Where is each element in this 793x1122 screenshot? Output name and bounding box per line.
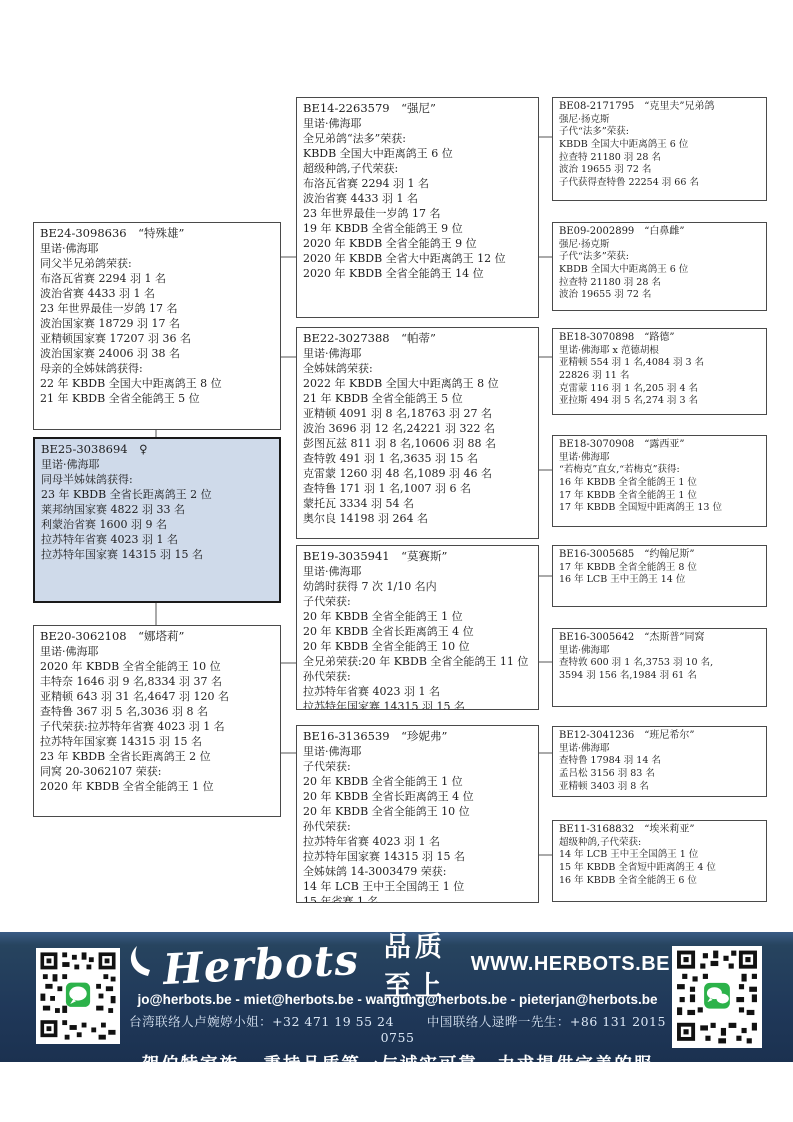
box-lines: 17 年 KBDB 全省全能鸽王 8 位16 年 LCB 王中王鸽王 14 位 xyxy=(559,562,760,587)
box-line: 波治 19655 羽 72 名 xyxy=(559,164,760,177)
box-line: 丰特奈 1646 羽 9 名,8334 羽 37 名 xyxy=(40,674,274,689)
box-title: BE12-3041236 “班尼希尔” xyxy=(559,730,760,743)
box-line: 里诺·佛海耶 xyxy=(40,644,274,659)
box-line: 里诺·佛海耶 xyxy=(40,241,274,256)
pedigree-box-be20-mother: BE20-3062108 “娜塔莉” 里诺·佛海耶2020 年 KBDB 全省全… xyxy=(33,625,281,817)
footer-website: WWW.HERBOTS.BE xyxy=(471,953,670,976)
box-line: 23 年 KBDB 全省长距离鸽王 2 位 xyxy=(40,749,274,764)
footer-contacts: 台湾联络人卢婉婷小姐：+32 471 19 55 24 中国联络人逯晔一先生：+… xyxy=(125,1012,670,1045)
box-line: 莱邦纳国家赛 4822 羽 33 名 xyxy=(41,502,273,517)
pedigree-box-be24-father: BE24-3098636 “特殊雄” 里诺·佛海耶同父半兄弟鸽荣获:布洛瓦省赛 … xyxy=(33,222,281,430)
box-line: 彭图瓦兹 811 羽 8 名,10606 羽 88 名 xyxy=(303,436,532,451)
box-line: 波治省赛 4433 羽 1 名 xyxy=(40,286,274,301)
box-line: 23 年世界最佳一岁鸽 17 名 xyxy=(40,301,274,316)
box-lines: 强尼·扬克斯子代“法多”荣获:KBDB 全国大中距离鸽王 6 位拉查特 2118… xyxy=(559,239,760,302)
box-lines: 强尼·扬克斯子代“法多”荣获:KBDB 全国大中距离鸽王 6 位拉查特 2118… xyxy=(559,114,760,190)
pedigree-box-be18-lucia: BE18-3070908 “露西亚” 里诺·佛海耶“若梅克”直女,“若梅克”获得… xyxy=(552,435,767,527)
box-line: 同窝 20-3062107 荣获: xyxy=(40,764,274,779)
box-line: 14 年 LCB 王中王全国鸽王 1 位 xyxy=(559,849,760,862)
box-line: KBDB 全国大中距离鸽王 6 位 xyxy=(303,146,532,161)
box-line: 2020 年 KBDB 全省大中距离鸽王 12 位 xyxy=(303,251,532,266)
box-lines: 里诺·佛海耶全兄弟鸽“法多”荣获:KBDB 全国大中距离鸽王 6 位超级种鸽,子… xyxy=(303,116,532,281)
box-line: 孙代荣获: xyxy=(303,819,532,834)
box-line: 强尼·扬克斯 xyxy=(559,239,760,252)
box-title: BE18-3070908 “露西亚” xyxy=(559,439,760,452)
box-title: BE08-2171795 “克里夫”兄弟鸽 xyxy=(559,101,760,114)
box-line: 子代“法多”荣获: xyxy=(559,251,760,264)
box-line: 2020 年 KBDB 全省全能鸽王 1 位 xyxy=(40,779,274,794)
box-line: 里诺·佛海耶 xyxy=(303,744,532,759)
box-line: 15 年 KBDB 全省短中距离鸽王 4 位 xyxy=(559,862,760,875)
box-line: 亚拉斯 494 羽 5 名,274 羽 3 名 xyxy=(559,395,760,408)
box-line: 利蒙治省赛 1600 羽 9 名 xyxy=(41,517,273,532)
box-line: 16 年 LCB 王中王鸽王 14 位 xyxy=(559,574,760,587)
box-line: 2020 年 KBDB 全省全能鸽王 10 位 xyxy=(40,659,274,674)
box-line: 16 年 KBDB 全省全能鸽王 6 位 xyxy=(559,875,760,888)
box-line: 拉苏特年省赛 4023 羽 1 名 xyxy=(41,532,273,547)
box-line: 全姊妹鸽荣获: xyxy=(303,361,532,376)
box-line: 查特鲁 171 羽 1 名,1007 羽 6 名 xyxy=(303,481,532,496)
box-line: 拉查特 21180 羽 28 名 xyxy=(559,152,760,165)
box-line: 15 年省赛 1 名 xyxy=(303,894,532,903)
pedigree-box-be16-johannes: BE16-3005685 “约翰尼斯” 17 年 KBDB 全省全能鸽王 8 位… xyxy=(552,545,767,607)
pedigree-box-be25-subject: BE25-3038694 ♀ 里诺·佛海耶同母半姊妹鸽获得:23 年 KBDB … xyxy=(33,437,281,603)
wechat-qr-code xyxy=(672,946,762,1048)
box-line: 强尼·扬克斯 xyxy=(559,114,760,127)
footer-banner: Herbots 品质至上 WWW.HERBOTS.BE jo@herbots.b… xyxy=(0,932,793,1062)
box-line: 2020 年 KBDB 全省全能鸽王 14 位 xyxy=(303,266,532,281)
box-line: 里诺·佛海耶 xyxy=(303,346,532,361)
box-line: 17 年 KBDB 全国短中距离鸽王 13 位 xyxy=(559,502,760,515)
box-line: 同母半姊妹鸽获得: xyxy=(41,472,273,487)
box-line: 超级种鸽,子代荣获: xyxy=(559,837,760,850)
box-line: 母亲的全姊妹鸽获得: xyxy=(40,361,274,376)
box-line: 21 年 KBDB 全省全能鸽王 5 位 xyxy=(303,391,532,406)
box-line: 里诺·佛海耶 x 范德胡根 xyxy=(559,345,760,358)
box-title: BE16-3005642 “杰斯普”同窝 xyxy=(559,632,760,645)
box-title: BE18-3070898 “路德” xyxy=(559,332,760,345)
box-line: 里诺·佛海耶 xyxy=(559,452,760,465)
box-lines: 里诺·佛海耶 x 范德胡根亚精顿 554 羽 1 名,4084 羽 3 名228… xyxy=(559,345,760,408)
box-line: 全兄弟鸽“法多”荣获: xyxy=(303,131,532,146)
box-line: KBDB 全国大中距离鸽王 6 位 xyxy=(559,264,760,277)
box-title: BE14-2263579 “强尼” xyxy=(303,101,532,116)
box-line: 3594 羽 156 名,1984 羽 61 名 xyxy=(559,670,760,683)
box-lines: 里诺·佛海耶全姊妹鸽荣获:2022 年 KBDB 全国大中距离鸽王 8 位21 … xyxy=(303,346,532,526)
box-line: 波治省赛 4433 羽 1 名 xyxy=(303,191,532,206)
box-line: 14 年 LCB 王中王全国鸽王 1 位 xyxy=(303,879,532,894)
box-lines: 里诺·佛海耶同母半姊妹鸽获得:23 年 KBDB 全省长距离鸽王 2 位莱邦纳国… xyxy=(41,457,273,562)
box-line: 20 年 KBDB 全省全能鸽王 1 位 xyxy=(303,774,532,789)
box-line: 17 年 KBDB 全省全能鸽王 1 位 xyxy=(559,490,760,503)
box-title: BE20-3062108 “娜塔莉” xyxy=(40,629,274,644)
line-qr-code xyxy=(36,948,120,1044)
box-line: 拉苏特年国家赛 14315 羽 15 名 xyxy=(41,547,273,562)
box-lines: 里诺·佛海耶同父半兄弟鸽荣获:布洛瓦省赛 2294 羽 1 名波治省赛 4433… xyxy=(40,241,274,406)
box-line: 16 年 KBDB 全省全能鸽王 1 位 xyxy=(559,477,760,490)
box-line: 布洛瓦省赛 2294 羽 1 名 xyxy=(303,176,532,191)
box-lines: 里诺·佛海耶幼鸽时获得 7 次 1/10 名内子代荣获:20 年 KBDB 全省… xyxy=(303,564,532,710)
box-line: 幼鸽时获得 7 次 1/10 名内 xyxy=(303,579,532,594)
box-line: 20 年 KBDB 全省全能鸽王 1 位 xyxy=(303,609,532,624)
footer-tagline: 贺伯特家族...秉持品质第一与诚实可靠，力求提供完美的服务！ xyxy=(125,1051,670,1101)
box-line: 21 年 KBDB 全省全能鸽王 5 位 xyxy=(40,391,274,406)
box-line: 查特鲁 367 羽 5 名,3036 羽 8 名 xyxy=(40,704,274,719)
box-line: 23 年 KBDB 全省长距离鸽王 2 位 xyxy=(41,487,273,502)
box-line: 孙代荣获: xyxy=(303,669,532,684)
box-title: BE16-3005685 “约翰尼斯” xyxy=(559,549,760,562)
box-line: 2022 年 KBDB 全国大中距离鸽王 8 位 xyxy=(303,376,532,391)
box-title: BE22-3027388 “帕蒂” xyxy=(303,331,532,346)
box-lines: 里诺·佛海耶子代荣获:20 年 KBDB 全省全能鸽王 1 位20 年 KBDB… xyxy=(303,744,532,903)
box-title: BE11-3168832 “埃米莉亚” xyxy=(559,824,760,837)
box-title: BE25-3038694 ♀ xyxy=(41,442,273,457)
pedigree-box-be09: BE09-2002899 “白鼻雌” 强尼·扬克斯子代“法多”荣获:KBDB 全… xyxy=(552,222,767,311)
wechat-icon xyxy=(704,983,730,1009)
box-line: 里诺·佛海耶 xyxy=(559,743,760,756)
box-line: 蒙托瓦 3334 羽 54 名 xyxy=(303,496,532,511)
footer-emails: jo@herbots.be - miet@herbots.be - wangti… xyxy=(125,992,670,1007)
box-line: 22 年 KBDB 全国大中距离鸽王 8 位 xyxy=(40,376,274,391)
box-line: 20 年 KBDB 全省长距离鸽王 4 位 xyxy=(303,624,532,639)
box-line: 查特敦 491 羽 1 名,3635 羽 15 名 xyxy=(303,451,532,466)
box-line: KBDB 全国大中距离鸽王 6 位 xyxy=(559,139,760,152)
box-line: 亚精顿 643 羽 31 名,4647 羽 120 名 xyxy=(40,689,274,704)
box-line: 波治国家赛 24006 羽 38 名 xyxy=(40,346,274,361)
box-line: 拉苏特年省赛 4023 羽 1 名 xyxy=(303,834,532,849)
box-line: 子代获得查特鲁 22254 羽 66 名 xyxy=(559,177,760,190)
box-line: 全兄弟荣获:20 年 KBDB 全省全能鸽王 11 位 xyxy=(303,654,532,669)
contact-china: 中国联络人逯晔一先生：+86 131 2015 0755 xyxy=(381,1014,666,1045)
box-lines: 里诺·佛海耶2020 年 KBDB 全省全能鸽王 10 位丰特奈 1646 羽 … xyxy=(40,644,274,794)
box-line: 亚精顿 4091 羽 8 名,18763 羽 27 名 xyxy=(303,406,532,421)
box-line: 19 年 KBDB 全省全能鸽王 9 位 xyxy=(303,221,532,236)
box-line: 全姊妹鸽 14-3003479 荣获: xyxy=(303,864,532,879)
box-line: 亚精顿 3403 羽 8 名 xyxy=(559,781,760,794)
box-title: BE16-3136539 “珍妮弗” xyxy=(303,729,532,744)
pedigree-box-be14: BE14-2263579 “强尼” 里诺·佛海耶全兄弟鸽“法多”荣获:KBDB … xyxy=(296,97,539,318)
box-line: 里诺·佛海耶 xyxy=(41,457,273,472)
line-icon xyxy=(66,983,90,1007)
box-line: 23 年世界最佳一岁鸽 17 名 xyxy=(303,206,532,221)
box-line: 拉苏特年国家赛 14315 羽 15 名 xyxy=(40,734,274,749)
herbots-logo: Herbots xyxy=(162,934,360,993)
pedigree-box-be08: BE08-2171795 “克里夫”兄弟鸽 强尼·扬克斯子代“法多”荣获:KBD… xyxy=(552,97,767,201)
box-title: BE09-2002899 “白鼻雌” xyxy=(559,226,760,239)
box-line: 里诺·佛海耶 xyxy=(559,645,760,658)
contact-taiwan: 台湾联络人卢婉婷小姐：+32 471 19 55 24 xyxy=(129,1014,394,1029)
box-title: BE24-3098636 “特殊雄” xyxy=(40,226,274,241)
box-line: 奥尔良 14198 羽 264 名 xyxy=(303,511,532,526)
box-line: 子代荣获:拉苏特年省赛 4023 羽 1 名 xyxy=(40,719,274,734)
box-line: 20 年 KBDB 全省全能鸽王 10 位 xyxy=(303,804,532,819)
box-line: 里诺·佛海耶 xyxy=(303,116,532,131)
box-line: 同父半兄弟鸽荣获: xyxy=(40,256,274,271)
box-lines: 里诺·佛海耶查特鲁 17984 羽 14 名孟吕松 3156 羽 83 名亚精顿… xyxy=(559,743,760,793)
pedigree-box-be11: BE11-3168832 “埃米莉亚” 超级种鸽,子代荣获:14 年 LCB 王… xyxy=(552,820,767,902)
box-line: 2020 年 KBDB 全省全能鸽王 9 位 xyxy=(303,236,532,251)
box-line: 17 年 KBDB 全省全能鸽王 8 位 xyxy=(559,562,760,575)
box-line: 亚精顿国家赛 17207 羽 36 名 xyxy=(40,331,274,346)
box-line: 拉查特 21180 羽 28 名 xyxy=(559,277,760,290)
logo-leaf-icon xyxy=(125,945,151,983)
box-line: 里诺·佛海耶 xyxy=(303,564,532,579)
pedigree-page: BE24-3098636 “特殊雄” 里诺·佛海耶同父半兄弟鸽荣获:布洛瓦省赛 … xyxy=(0,0,793,1122)
box-line: 波治国家赛 18729 羽 17 名 xyxy=(40,316,274,331)
box-line: 克雷蒙 116 羽 1 名,205 羽 4 名 xyxy=(559,383,760,396)
box-line: 布洛瓦省赛 2294 羽 1 名 xyxy=(40,271,274,286)
box-line: 子代荣获: xyxy=(303,759,532,774)
pedigree-box-be16-jesper: BE16-3005642 “杰斯普”同窝 里诺·佛海耶查特敦 600 羽 1 名… xyxy=(552,628,767,707)
box-lines: 里诺·佛海耶查特敦 600 羽 1 名,3753 羽 10 名,3594 羽 1… xyxy=(559,645,760,683)
box-line: 拉苏特年国家赛 14315 羽 15 名 xyxy=(303,699,532,710)
box-line: 拉苏特年国家赛 14315 羽 15 名 xyxy=(303,849,532,864)
box-lines: 里诺·佛海耶“若梅克”直女,“若梅克”获得:16 年 KBDB 全省全能鸽王 1… xyxy=(559,452,760,515)
pedigree-box-be12: BE12-3041236 “班尼希尔” 里诺·佛海耶查特鲁 17984 羽 14… xyxy=(552,726,767,797)
pedigree-box-be18-ruud: BE18-3070898 “路德” 里诺·佛海耶 x 范德胡根亚精顿 554 羽… xyxy=(552,328,767,415)
box-line: 20 年 KBDB 全省长距离鸽王 4 位 xyxy=(303,789,532,804)
box-line: 查特鲁 17984 羽 14 名 xyxy=(559,755,760,768)
pedigree-box-be19: BE19-3035941 “莫赛斯” 里诺·佛海耶幼鸽时获得 7 次 1/10 … xyxy=(296,545,539,710)
box-line: 孟吕松 3156 羽 83 名 xyxy=(559,768,760,781)
box-line: 克雷蒙 1260 羽 48 名,1089 羽 46 名 xyxy=(303,466,532,481)
box-line: 波治 3696 羽 12 名,24221 羽 322 名 xyxy=(303,421,532,436)
box-line: 20 年 KBDB 全省全能鸽王 10 位 xyxy=(303,639,532,654)
box-line: 查特敦 600 羽 1 名,3753 羽 10 名, xyxy=(559,657,760,670)
box-line: 子代荣获: xyxy=(303,594,532,609)
box-line: 波治 19655 羽 72 名 xyxy=(559,289,760,302)
box-lines: 超级种鸽,子代荣获:14 年 LCB 王中王全国鸽王 1 位15 年 KBDB … xyxy=(559,837,760,887)
box-line: 拉苏特年省赛 4023 羽 1 名 xyxy=(303,684,532,699)
pedigree-box-be16-jennifer: BE16-3136539 “珍妮弗” 里诺·佛海耶子代荣获:20 年 KBDB … xyxy=(296,725,539,903)
box-title: BE19-3035941 “莫赛斯” xyxy=(303,549,532,564)
box-line: 超级种鸽,子代荣获: xyxy=(303,161,532,176)
box-line: “若梅克”直女,“若梅克”获得: xyxy=(559,464,760,477)
box-line: 子代“法多”荣获: xyxy=(559,126,760,139)
box-line: 22826 羽 11 名 xyxy=(559,370,760,383)
pedigree-box-be22: BE22-3027388 “帕蒂” 里诺·佛海耶全姊妹鸽荣获:2022 年 KB… xyxy=(296,327,539,539)
box-line: 亚精顿 554 羽 1 名,4084 羽 3 名 xyxy=(559,357,760,370)
